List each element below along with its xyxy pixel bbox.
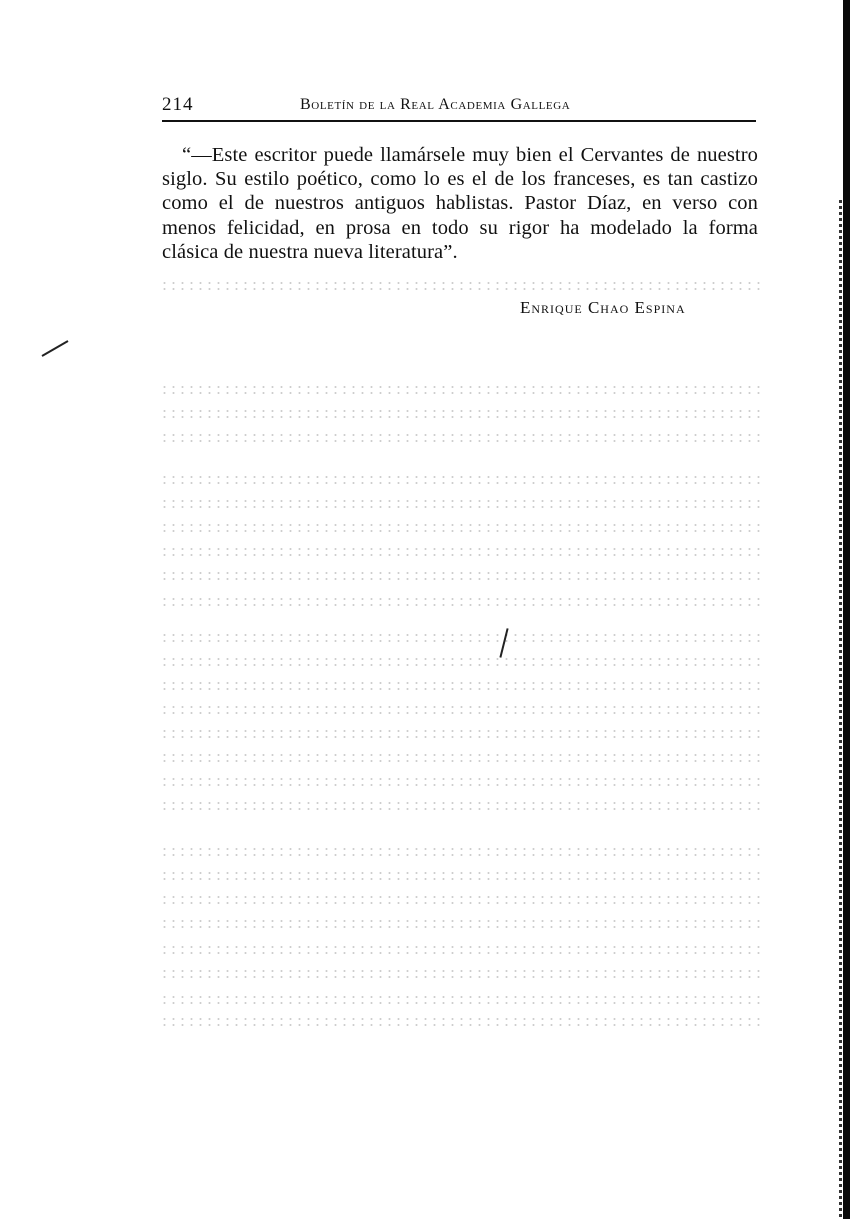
bleed-through-line	[160, 432, 760, 444]
quoted-paragraph: “—Este escritor puede llamársele muy bie…	[162, 143, 758, 264]
bleed-through-line	[160, 752, 760, 764]
bleed-through-line	[160, 474, 760, 486]
bleed-through-line	[160, 1016, 760, 1028]
bleed-through-line	[160, 498, 760, 510]
bleed-through-line	[160, 656, 760, 668]
bleed-through-line	[160, 546, 760, 558]
page-edge-shadow	[839, 200, 842, 1219]
bleed-through-line	[160, 632, 760, 644]
bleed-through-line	[160, 384, 760, 396]
bleed-through-line	[160, 870, 760, 882]
scanned-page: 214 Boletín de la Real Academia Gallega …	[0, 0, 850, 1219]
bleed-through-line	[160, 728, 760, 740]
stray-pen-mark	[42, 340, 69, 357]
binding-edge	[843, 0, 850, 1219]
bleed-through-line	[160, 944, 760, 956]
page-number: 214	[162, 94, 194, 116]
bleed-through-line	[160, 968, 760, 980]
bleed-through-line	[160, 280, 760, 292]
author-signature: Enrique Chao Espina	[520, 298, 686, 318]
bleed-through-line	[160, 894, 760, 906]
running-head: 214 Boletín de la Real Academia Gallega	[162, 94, 756, 118]
bleed-through-line	[160, 570, 760, 582]
bleed-through-line	[160, 680, 760, 692]
bleed-through-line	[160, 776, 760, 788]
journal-title: Boletín de la Real Academia Gallega	[300, 96, 570, 114]
bleed-through-line	[160, 596, 760, 608]
header-rule	[162, 120, 756, 122]
bleed-through-line	[160, 522, 760, 534]
bleed-through-line	[160, 800, 760, 812]
bleed-through-line	[160, 846, 760, 858]
body-text: “—Este escritor puede llamársele muy bie…	[162, 143, 758, 264]
bleed-through-line	[160, 704, 760, 716]
bleed-through-line	[160, 408, 760, 420]
bleed-through-line	[160, 918, 760, 930]
bleed-through-line	[160, 994, 760, 1006]
